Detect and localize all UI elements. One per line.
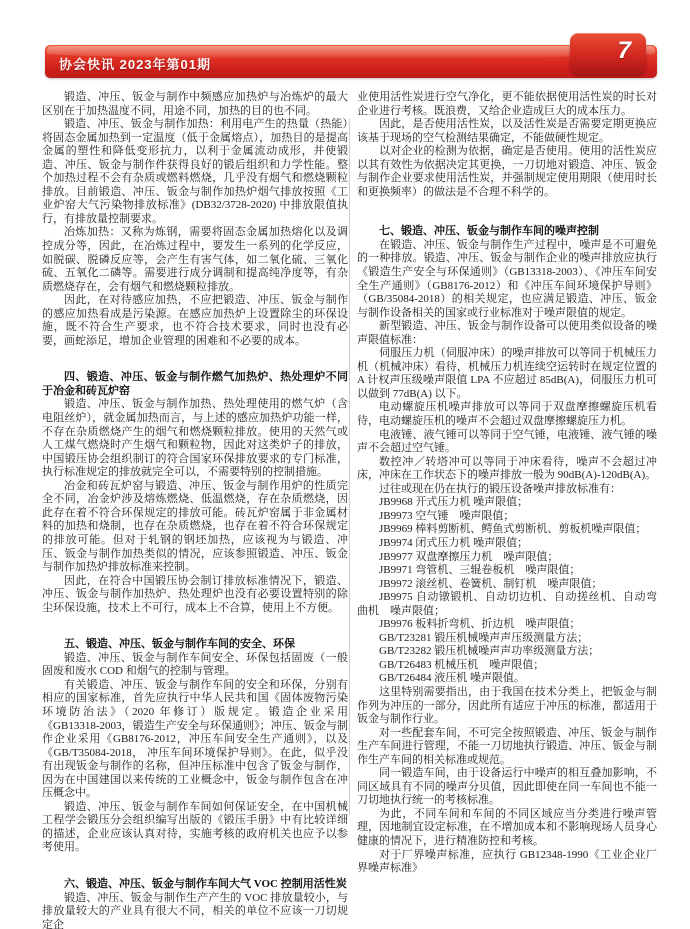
paragraph: JB9977 双盘摩擦压力机 噪声限值； [357,551,657,565]
section-heading: 六、锻造、冲压、钣金与制作车间大气 VOC 控制用活性炭 [42,878,348,892]
paragraph-continuation: 业使用活性炭进行空气净化，更不能依据使用活性炭的时长对企业进行考核。既浪费，又给… [357,91,657,118]
paragraph: 以对企业的检测为依据，确定是否使用。使用的活性炭应以其有效性为依据决定其更换，一… [357,145,657,199]
paragraph: 伺服压力机（伺服冲床）的噪声排放可以等同于机械压力机（机械冲床）看待，机械压力机… [357,347,657,401]
newsletter-title: 协会快讯 2023年第01期 [59,54,211,73]
paragraph: 电动螺旋压机噪声排放可以等同于双盘摩擦螺旋压机看待，电动螺旋压机的噪声不会超过双… [357,401,657,428]
paragraph: JB9973 空气锤 噪声限值； [357,510,657,524]
paragraph: 因此，在符合中国锻压协会制订排放标准情况下，锻造、冲压、钣金与制作加热炉、热处理… [42,575,348,616]
paragraph: 锻造、冲压、钣金与制作加热：利用电产生的热量（热能）将固态金属加热到一定温度（低… [42,118,348,226]
page-number: 7 [618,37,631,65]
paragraph: 为此，不同车间和车间的不同区域应当分类进行噪声管理，因地制宜设定标准，在不增加成… [357,808,657,849]
paragraph: GB/T23282 锻压机械噪声声功率级测量方法； [357,645,657,659]
paragraph: 有关锻造、冲压、钣金与制作车间的安全和环保，分别有相应的国家标准，首先应执行中华… [42,679,348,801]
paragraph: 锻造、冲压、钣金与制作生产产生的 VOC 排放量较小，与排放量较大的产业具有很大… [42,892,348,929]
paragraph: JB9972 滚丝机、卷簧机、制钉机 噪声限值； [357,578,657,592]
column-divider [349,118,350,815]
section-heading: 五、锻造、冲压、钣金与制作车间的安全、环保 [42,638,348,652]
paragraph: JB9968 开式压力机 噪声限值； [357,496,657,510]
paragraph: JB9969 棒料剪断机、鳄鱼式剪断机、剪板机噪声限值； [357,523,657,537]
right-text-column: 业使用活性炭进行空气净化，更不能依据使用活性炭的时长对企业进行考核。既浪费，又给… [357,91,657,876]
paragraph: JB9975 自动镦锻机、自动切边机、自动搓丝机、自动弯曲机 噪声限值； [357,591,657,618]
paragraph: 新型锻造、冲压、钣金与制作设备可以使用类似设备的噪声限值标准： [357,320,657,347]
paragraph: GB/T23281 锻压机械噪声声压级测量方法； [357,632,657,646]
paragraph: 同一锻造车间，由于设备运行中噪声的相互叠加影响，不同区域具有不同的噪声分贝值，因… [357,767,657,808]
left-text-column: 锻造、冲压、钣金与制作中频感应加热炉与冶炼炉的最大区别在于加热温度不同，用途不同… [42,91,348,929]
paragraph: 对一些配套车间，不可完全按照锻造、冲压、钣金与制作生产车间进行管理，不能一刀切地… [357,727,657,768]
paragraph: 锻造、冲压、钣金与制作中频感应加热炉与冶炼炉的最大区别在于加热温度不同，用途不同… [42,91,348,118]
paragraph: 锻造、冲压、钣金与制作加热、热处理使用的燃气炉（含电阻丝炉），就金属加热而言，与… [42,398,348,479]
paragraph: 锻造、冲压、钣金与制作车间如何保证安全，在中国机械工程学会锻压分会组织编写出版的… [42,801,348,855]
newsletter-header-bar: 协会快讯 2023年第01期 [45,45,657,78]
paragraph: 因此，在对待感应加热，不应把锻造、冲压、钣金与制作的感应加热看成是污染源。在感应… [42,294,348,348]
paragraph: 对于厂界噪声标准，应执行 GB12348-1990《工业企业厂界噪声标准》 [357,849,657,876]
paragraph: GB/T26483 机械压机 噪声限值； [357,659,657,673]
paragraph: 这里特别需要指出，由于我国在技术分类上，把钣金与制作列为冲压的一部分，因此所有适… [357,686,657,727]
paragraph: 冶金和砖瓦炉窑与锻造、冲压、钣金与制作用炉的性质完全不同，冶金炉涉及熔炼燃烧、低… [42,480,348,575]
paragraph: JB9974 闭式压力机 噪声限值； [357,537,657,551]
paragraph: 电液锤、液气锤可以等同于空气锤，电液锤、液气锤的噪声不会超过空气锤。 [357,429,657,456]
paragraph: JB9971 弯管机、三辊卷板机 噪声限值； [357,564,657,578]
page-number-tab: 7 [570,33,646,75]
paragraph: 过往或现在仍在执行的锻压设备噪声排放标准有： [357,483,657,497]
paragraph: 在锻造、冲压、钣金与制作生产过程中，噪声是不可避免的一种排放。锻造、冲压、钣金与… [357,239,657,320]
paragraph: JB9976 板料折弯机、折边机 噪声限值； [357,618,657,632]
paragraph: 锻造、冲压、钣金与制作车间安全、环保包括固废（一般固废和废水 COD 和烟气的控… [42,652,348,679]
section-heading: 四、锻造、冲压、钣金与制作燃气加热炉、热处理炉不同于冶金和砖瓦炉窑 [42,371,348,398]
paragraph: 数控冲／转塔冲可以等同于冲床看待，噪声不会超过冲床，冲床在工作状态下的噪声排放一… [357,456,657,483]
section-heading: 七、锻造、冲压、钣金与制作车间的噪声控制 [357,225,657,239]
paragraph: 冶炼加热：又称为炼钢，需要将固态金属加热熔化以及调控成分等，因此，在冶炼过程中，… [42,226,348,294]
paragraph: 因此，是否使用活性炭，以及活性炭是否需要定期更换应该基于现场的空气检测结果确定，… [357,118,657,145]
paragraph: GB/T26484 液压机 噪声限值。 [357,672,657,686]
